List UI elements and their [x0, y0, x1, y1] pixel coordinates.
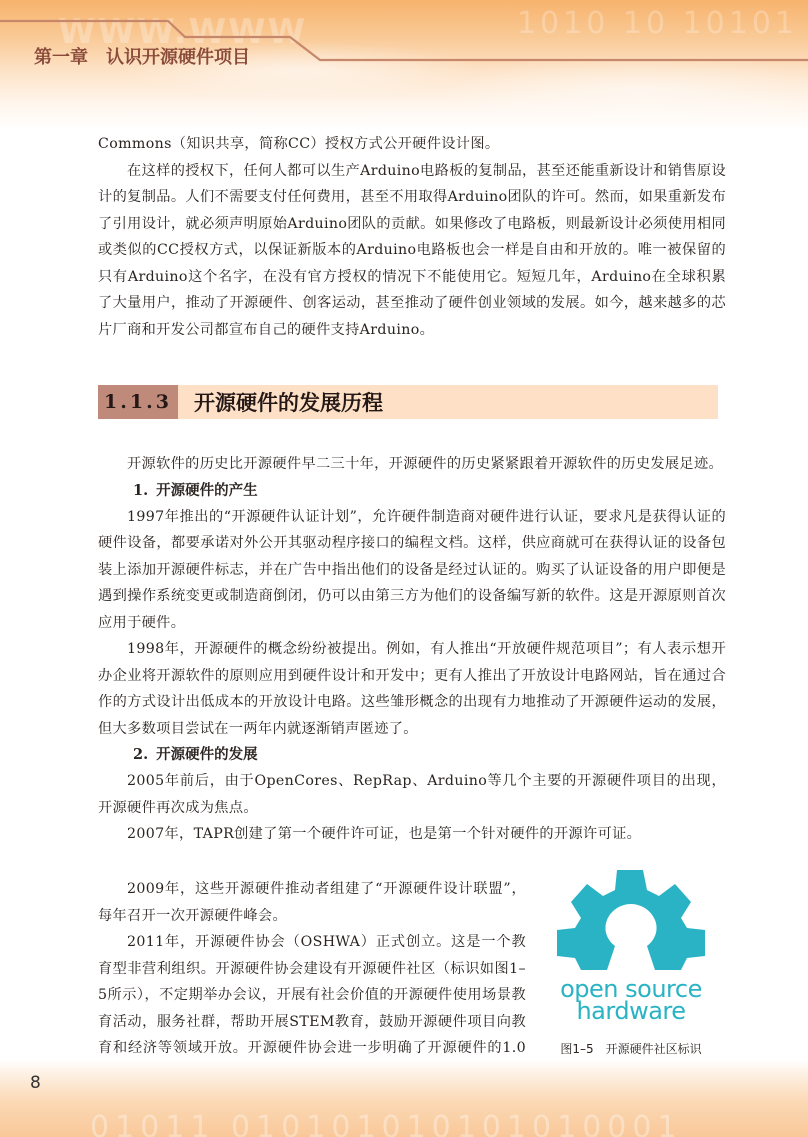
figure-oshw-logo: open source hardware 图1–5开源硬件社区标识 [551, 866, 711, 1057]
paragraph-1997: 1997年推出的“开源硬件认证计划”，允许硬件制造商对硬件进行认证，要求凡是获得… [98, 504, 726, 637]
main-text-block: 开源软件的历史比开源硬件早二三十年，开源硬件的历史紧紧跟着开源软件的历史发展足迹… [98, 451, 726, 848]
paragraph-2009: 2009年，这些开源硬件推动者组建了“开源硬件设计联盟”，每年召开一次开源硬件峰… [98, 876, 526, 929]
section-title: 开源硬件的发展历程 [194, 387, 383, 417]
paragraph-2007: 2007年，TAPR创建了第一个硬件许可证，也是第一个针对硬件的开源许可证。 [98, 821, 726, 848]
chapter-name: 认识开源硬件项目 [106, 47, 250, 68]
subheading-1: 1.开源硬件的产生 [98, 478, 726, 504]
section-number: 1.1.3 [98, 385, 178, 419]
chapter-number: 第一章 [34, 47, 88, 68]
figure-id: 图1–5 [560, 1042, 593, 1056]
header-band: WWW.WWW 1010 10 10101 第一章认识开源硬件项目 [0, 0, 808, 130]
subheading-1-number: 1. [133, 482, 148, 499]
figure-caption-text: 开源硬件社区标识 [606, 1042, 702, 1056]
open-source-hardware-gear-icon [551, 866, 711, 974]
paragraph-intro: 开源软件的历史比开源硬件早二三十年，开源硬件的历史紧紧跟着开源软件的历史发展足迹… [98, 451, 726, 478]
subheading-1-title: 开源硬件的产生 [156, 482, 258, 499]
paragraph-2005: 2005年前后，由于OpenCores、RepRap、Arduino等几个主要的… [98, 768, 726, 821]
top-text-block: Commons（知识共享，简称CC）授权方式公开硬件设计图。 在这样的授权下，任… [98, 131, 726, 343]
footer-band: 01011 010101010101010001 [0, 1060, 808, 1137]
paragraph-commons: Commons（知识共享，简称CC）授权方式公开硬件设计图。 [98, 131, 726, 158]
wrapped-text-block: 2009年，这些开源硬件推动者组建了“开源硬件设计联盟”，每年召开一次开源硬件峰… [98, 876, 526, 1088]
footer-decor-binary: 01011 010101010101010001 [90, 1110, 683, 1137]
subheading-2: 2.开源硬件的发展 [98, 742, 726, 768]
logo-text: open source hardware [551, 978, 711, 1022]
paragraph-arduino-license: 在这样的授权下，任何人都可以生产Arduino电路板的复制品，甚至还能重新设计和… [98, 158, 726, 344]
figure-caption: 图1–5开源硬件社区标识 [551, 1040, 711, 1057]
subheading-2-number: 2. [133, 746, 148, 763]
chapter-title: 第一章认识开源硬件项目 [34, 43, 250, 69]
paragraph-1998: 1998年，开源硬件的概念纷纷被提出。例如，有人推出“开放硬件规范项目”；有人表… [98, 636, 726, 742]
subheading-2-title: 开源硬件的发展 [156, 746, 258, 763]
section-heading: 1.1.3 开源硬件的发展历程 [98, 385, 718, 419]
page-number: 8 [30, 1073, 41, 1093]
logo-line-hardware: hardware [551, 1000, 711, 1022]
